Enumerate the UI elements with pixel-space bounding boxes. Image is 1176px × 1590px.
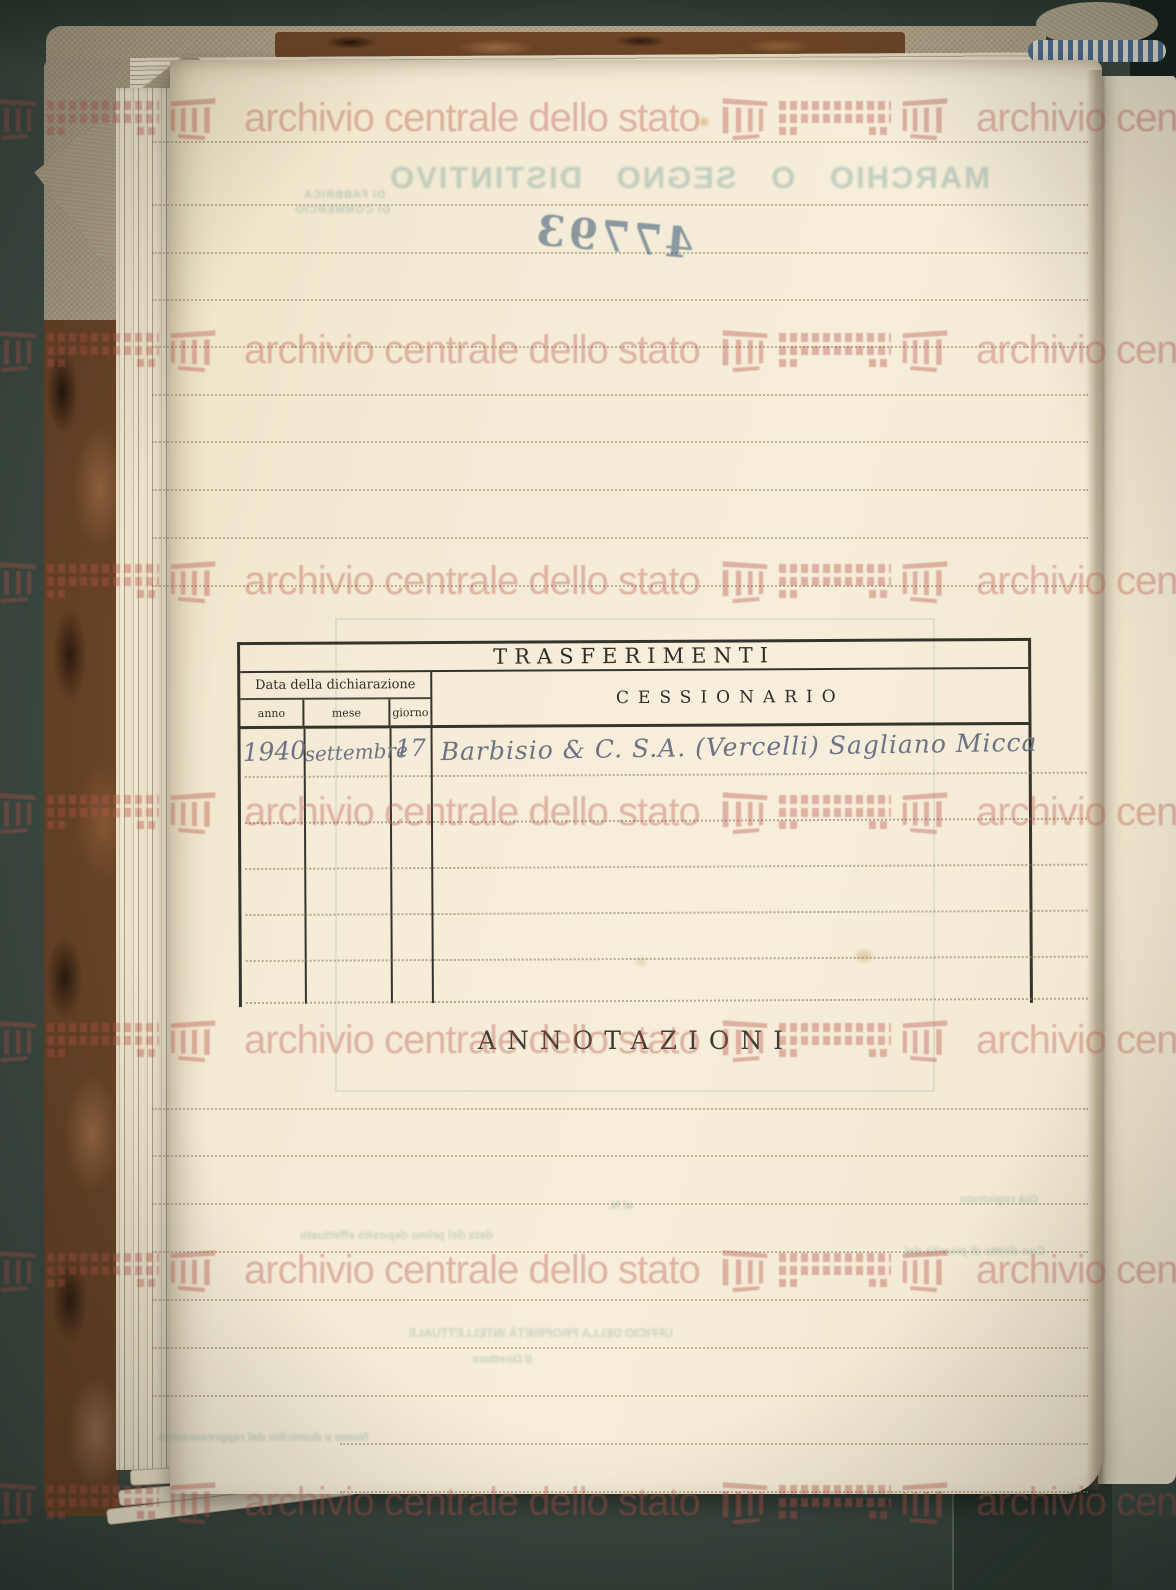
ruled-line bbox=[152, 1299, 1088, 1301]
ruled-line bbox=[152, 585, 1088, 587]
book-headband bbox=[1028, 2, 1166, 68]
bleed-al-n: al N. bbox=[608, 1198, 633, 1212]
ruled-line bbox=[152, 489, 1088, 491]
colonnade-icon bbox=[0, 1247, 35, 1293]
table-rule bbox=[304, 729, 307, 1004]
entry-mese: settembre bbox=[304, 739, 389, 766]
spine-marbled-paper bbox=[44, 320, 118, 1516]
ruled-line bbox=[340, 1443, 1088, 1445]
bleed-subtitle-1: DI FABBRICA bbox=[303, 189, 385, 201]
bleed-title: MARCHIO O SEGNO DISTINTIVO bbox=[464, 160, 990, 196]
column-header-mese: mese bbox=[304, 699, 390, 725]
bleed-priority-note: Con diritto di priorità dal bbox=[905, 1244, 1045, 1258]
colonnade-icon bbox=[0, 1017, 35, 1063]
ruled-line bbox=[152, 1108, 1088, 1110]
date-group-label: Data della dichiarazione bbox=[240, 672, 430, 700]
column-header-giorno: giorno bbox=[390, 699, 430, 725]
entry-cessionario: Barbisio & C. S.A. (Vercelli) Sagliano M… bbox=[440, 728, 1037, 766]
annotations-title: ANNOTAZIONI bbox=[170, 1026, 1102, 1055]
date-column-group: Data della dichiarazione anno mese giorn… bbox=[240, 672, 432, 726]
ruled-line bbox=[152, 141, 1088, 143]
ruled-line bbox=[152, 537, 1088, 539]
gutter-fold-shadow bbox=[1086, 70, 1106, 1490]
colonnade-icon bbox=[0, 789, 35, 835]
headband-stripes bbox=[1028, 40, 1166, 62]
table-dotted-line bbox=[246, 956, 1088, 962]
foxing-spot bbox=[700, 118, 708, 126]
bleed-office-line: UFFICIO DELLA PROPRIETÀ INTELLETTUALE bbox=[408, 1326, 673, 1340]
facing-page-sliver bbox=[1098, 76, 1176, 1484]
colonnade-icon bbox=[0, 1479, 35, 1525]
table-dotted-line bbox=[245, 910, 1087, 916]
transfers-table-header: Data della dichiarazione anno mese giorn… bbox=[240, 669, 1028, 729]
ruled-line bbox=[152, 1395, 1088, 1397]
table-dotted-line bbox=[245, 864, 1087, 870]
bleed-director-line: Il Direttore bbox=[472, 1352, 532, 1366]
colonnade-icon bbox=[0, 558, 35, 604]
ruled-line bbox=[152, 346, 1088, 348]
table-rule bbox=[390, 728, 393, 1003]
colonnade-icon bbox=[0, 95, 35, 141]
bleed-registered-note: Già registrato bbox=[960, 1192, 1038, 1206]
colonnade-icon bbox=[0, 327, 35, 373]
bleed-representative-line: Nome e domicilio del rappresentante bbox=[158, 1430, 368, 1444]
bleed-subtitle-2: DI COMMERCIO bbox=[294, 204, 390, 216]
scanned-register-page: MARCHIO O SEGNO DISTINTIVO DI FABBRICA D… bbox=[0, 0, 1176, 1590]
ruled-line bbox=[152, 1155, 1088, 1157]
table-dotted-line bbox=[246, 998, 1088, 1004]
bleed-deposit-note: data del primo deposito effettuato bbox=[300, 1228, 493, 1242]
table-dotted-line bbox=[245, 818, 1087, 824]
ruled-line bbox=[152, 204, 1088, 206]
ruled-line bbox=[152, 441, 1088, 443]
transfers-table-title: TRASFERIMENTI bbox=[240, 641, 1028, 673]
ruled-line bbox=[152, 394, 1088, 396]
entry-anno: 1940 bbox=[242, 736, 303, 767]
transfers-table: TRASFERIMENTI Data della dichiarazione a… bbox=[237, 638, 1033, 1007]
ruled-line bbox=[340, 1491, 1088, 1493]
ruled-line bbox=[152, 299, 1088, 301]
column-header-cessionario: CESSIONARIO bbox=[432, 669, 1028, 725]
table-dotted-line bbox=[245, 772, 1087, 778]
ruled-line bbox=[152, 1347, 1088, 1349]
table-rule bbox=[431, 728, 434, 1003]
column-header-anno: anno bbox=[240, 700, 304, 726]
entry-giorno: 17 bbox=[391, 734, 431, 762]
transfers-table-body: 1940 settembre 17 Barbisio & C. S.A. (Ve… bbox=[241, 725, 1030, 1004]
